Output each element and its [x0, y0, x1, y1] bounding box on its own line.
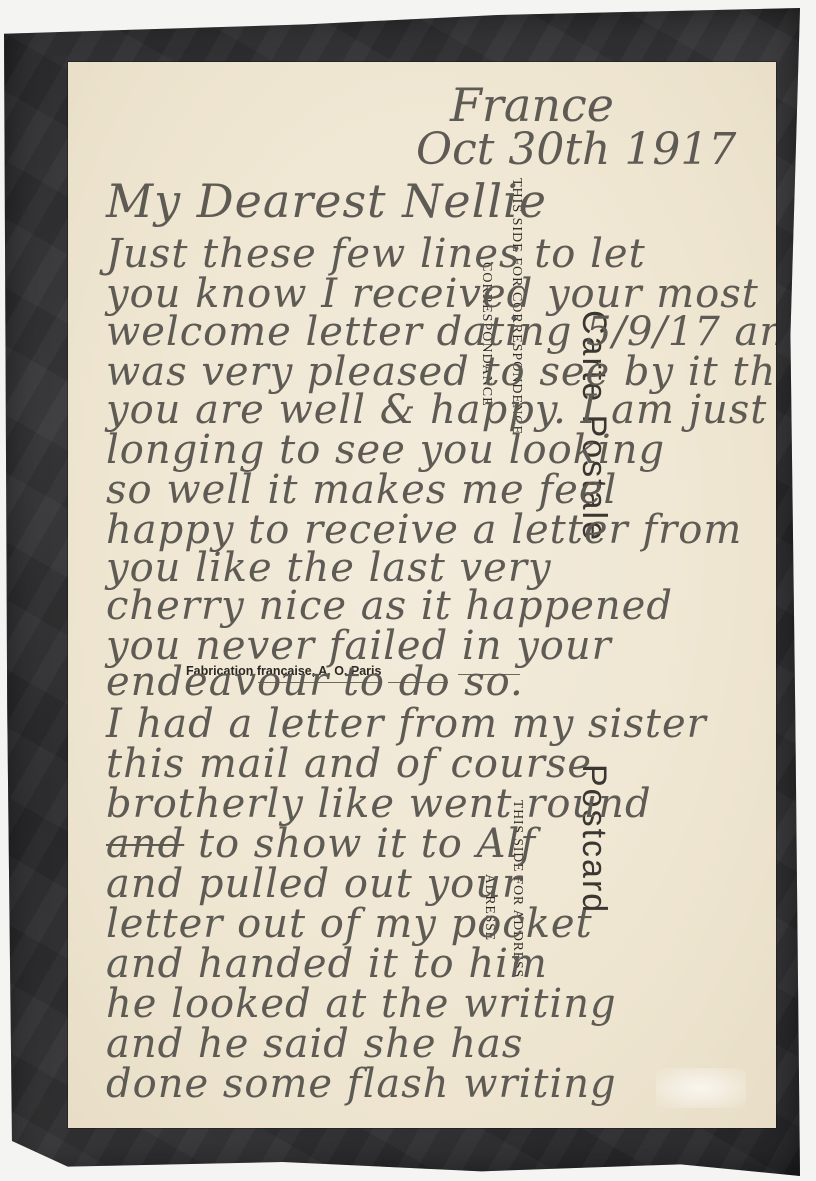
letter-line: cherry nice as it happened [106, 586, 756, 626]
letter-line: and handed it to him [106, 944, 756, 984]
letter-line: and he said she has [106, 1024, 756, 1064]
letter-line: and pulled out your [106, 864, 756, 904]
letter-line: was very pleased to see by it that [106, 352, 756, 392]
letter-line: letter out of my pocket [106, 904, 756, 944]
letter-line: done some flash writing [106, 1064, 756, 1104]
letter-line: this mail and of course [106, 744, 756, 784]
letter-salutation: My Dearest Nellie [106, 178, 756, 224]
letter-line: longing to see you looking [106, 430, 756, 470]
letter-date: Oct 30th 1917 [416, 124, 736, 175]
letter-line: Just these few lines to let [106, 234, 756, 274]
letter-line: and and to show it to Alf to show it to … [106, 824, 756, 864]
letter-line: you are well & happy. I am just [106, 390, 756, 430]
letter-line: I had a letter from my sister [106, 704, 756, 744]
letter-line: welcome letter dating 5/9/17 and [106, 312, 756, 352]
letter-line: you know I received your most [106, 274, 756, 314]
postcard: THIS SIDE FOR CORRESPONDENCE CORRESPONDA… [68, 62, 776, 1128]
letter-line: you like the last very [106, 548, 756, 588]
letter-line: so well it makes me feel [106, 470, 756, 510]
letter-line: he looked at the writing [106, 984, 756, 1024]
letter-line: happy to receive a letter from [106, 510, 756, 550]
letter-line: endeavour to do so. [106, 662, 756, 702]
letter-line: brotherly like went round [106, 784, 756, 824]
